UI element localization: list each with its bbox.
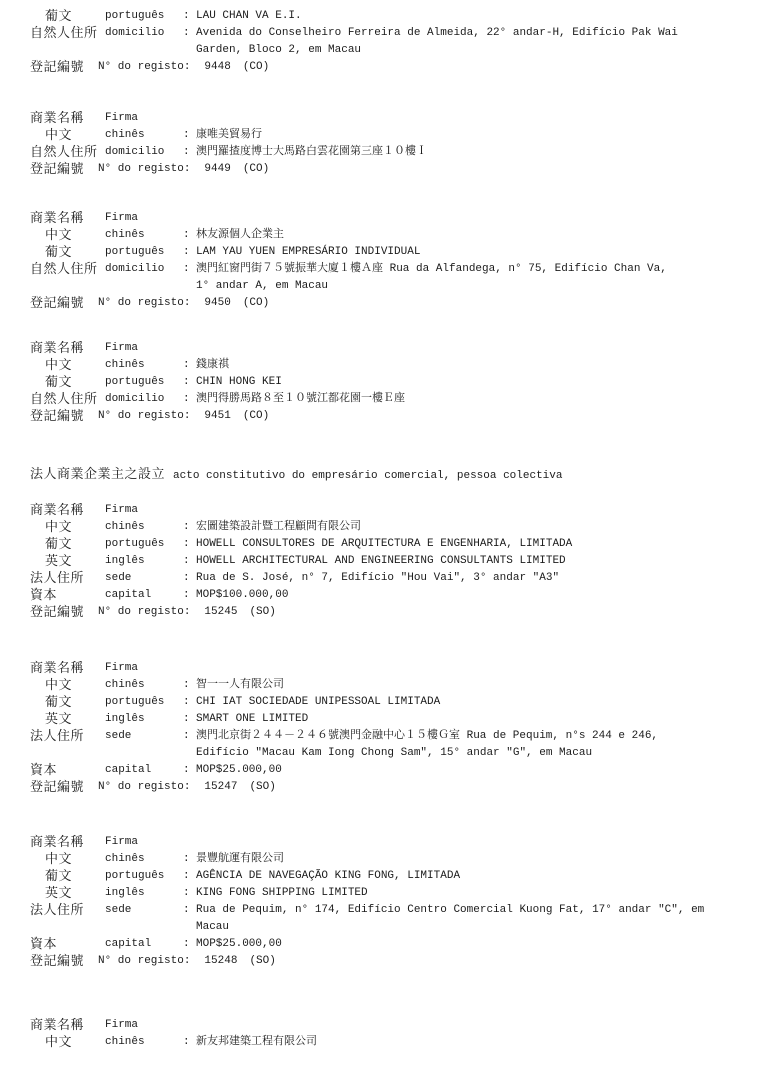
label-portuguese: Firma — [105, 1017, 183, 1034]
firma-title-row: 商業名稱Firma — [30, 834, 750, 851]
label-chinese: 商業名稱 — [30, 340, 105, 357]
label-chinese: 中文 — [30, 127, 105, 144]
field-value: 錢康祺 — [196, 357, 750, 374]
field-value: CHIN HONG KEI — [196, 374, 750, 391]
registry-number-row: 登記編號N° do registo:9449(CO) — [30, 161, 750, 178]
label-portuguese: Firma — [105, 340, 183, 357]
label-chinese: 中文 — [30, 851, 105, 868]
colon-separator: : — [183, 694, 196, 711]
label-chinese: 英文 — [30, 553, 105, 570]
colon-separator: : — [183, 570, 196, 587]
colon-separator: : — [183, 762, 196, 779]
field-row: 葡文português:LAM YAU YUEN EMPRESÁRIO INDI… — [30, 244, 750, 261]
label-portuguese: português — [105, 244, 183, 261]
field-row: 葡文português:AGÊNCIA DE NAVEGAÇÃO KING FO… — [30, 868, 750, 885]
field-value-line: AGÊNCIA DE NAVEGAÇÃO KING FONG, LIMITADA — [196, 868, 750, 885]
colon-separator: : — [183, 519, 196, 536]
field-value: CHI IAT SOCIEDADE UNIPESSOAL LIMITADA — [196, 694, 750, 711]
field-value-line: 林友源個人企業主 — [196, 227, 750, 244]
field-value-line: 景豐航運有限公司 — [196, 851, 750, 868]
field-value-line: 1° andar A, em Macau — [196, 278, 750, 295]
label-portuguese: português — [105, 8, 183, 25]
colon-separator: : — [183, 902, 196, 919]
field-value-line: CHI IAT SOCIEDADE UNIPESSOAL LIMITADA — [196, 694, 750, 711]
label-chinese: 商業名稱 — [30, 210, 105, 227]
field-row: 葡文português:LAU CHAN VA E.I. — [30, 8, 750, 25]
label-portuguese: Firma — [105, 660, 183, 677]
field-row: 法人住所sede:Rua de S. José, n° 7, Edifício … — [30, 570, 750, 587]
colon-separator: : — [183, 536, 196, 553]
section-heading: 法人商業企業主之設立acto constitutivo do empresári… — [30, 466, 750, 485]
field-value-line: HOWELL CONSULTORES DE ARQUITECTURA E ENG… — [196, 536, 750, 553]
label-portuguese: chinês — [105, 357, 183, 374]
field-row: 自然人住所domicilio:澳門得勝馬路８至１０號江都花園一樓Ｅ座 — [30, 391, 750, 408]
colon-separator: : — [183, 144, 196, 161]
field-value: LAM YAU YUEN EMPRESÁRIO INDIVIDUAL — [196, 244, 750, 261]
label-chinese: 中文 — [30, 519, 105, 536]
colon-separator: : — [183, 553, 196, 570]
registry-number: 9449 — [204, 161, 230, 178]
firma-title-row: 商業名稱Firma — [30, 210, 750, 227]
label-chinese: 葡文 — [30, 374, 105, 391]
label-chinese: 資本 — [30, 762, 105, 779]
field-value-line: 澳門羅揸度博士大馬路白雲花園第三座１０樓Ｉ — [196, 144, 750, 161]
label-portuguese: capital — [105, 762, 183, 779]
label-chinese: 葡文 — [30, 694, 105, 711]
registry-entry: 商業名稱Firma中文chinês:智一一人有限公司葡文português:CH… — [30, 660, 750, 796]
label-chinese: 自然人住所 — [30, 391, 105, 408]
firma-title-row: 商業名稱Firma — [30, 110, 750, 127]
field-value: KING FONG SHIPPING LIMITED — [196, 885, 750, 902]
label-portuguese: Firma — [105, 110, 183, 127]
registry-type-code: (CO) — [243, 59, 269, 76]
label-chinese: 商業名稱 — [30, 834, 105, 851]
field-value: 智一一人有限公司 — [196, 677, 750, 694]
label-portuguese: domicilio — [105, 391, 183, 408]
colon-separator: : — [183, 711, 196, 728]
firma-title-row: 商業名稱Firma — [30, 1017, 750, 1034]
registry-type-code: (CO) — [243, 161, 269, 178]
label-portuguese: português — [105, 868, 183, 885]
label-portuguese: capital — [105, 587, 183, 604]
label-chinese: 中文 — [30, 1034, 105, 1051]
field-value: SMART ONE LIMITED — [196, 711, 750, 728]
field-value-line: HOWELL ARCHITECTURAL AND ENGINEERING CON… — [196, 553, 750, 570]
registry-number-row: 登記編號N° do registo:9451(CO) — [30, 408, 750, 425]
field-row: 葡文português:CHI IAT SOCIEDADE UNIPESSOAL… — [30, 694, 750, 711]
label-portuguese: domicilio — [105, 25, 183, 42]
section-heading-zh: 法人商業企業主之設立 — [30, 467, 165, 482]
field-value: 澳門北京街２４４－２４６號澳門金融中心１５樓Ｇ室 Rua de Pequim, … — [196, 728, 750, 762]
field-value-line: 澳門得勝馬路８至１０號江都花園一樓Ｅ座 — [196, 391, 750, 408]
label-chinese: 中文 — [30, 227, 105, 244]
field-row: 自然人住所domicilio:澳門紅窗門街７５號振華大廈１樓Ａ座 Rua da … — [30, 261, 750, 295]
registry-entry: 商業名稱Firma中文chinês:景豐航運有限公司葡文português:AG… — [30, 834, 750, 970]
field-value-line: Rua de S. José, n° 7, Edifício "Hou Vai"… — [196, 570, 750, 587]
label-portuguese: N° do registo: — [98, 779, 190, 796]
colon-separator: : — [183, 261, 196, 278]
label-chinese: 登記編號 — [30, 779, 98, 796]
registry-type-code: (SO) — [249, 779, 275, 796]
label-chinese: 商業名稱 — [30, 502, 105, 519]
colon-separator: : — [183, 1034, 196, 1051]
registry-entry: 商業名稱Firma中文chinês:宏圖建築設計暨工程顧問有限公司葡文portu… — [30, 502, 750, 621]
registry-number-row: 登記編號N° do registo:9448(CO) — [30, 59, 750, 76]
registry-type-code: (CO) — [243, 295, 269, 312]
colon-separator: : — [183, 851, 196, 868]
label-chinese: 登記編號 — [30, 604, 98, 621]
label-portuguese: chinês — [105, 519, 183, 536]
label-chinese: 登記編號 — [30, 59, 98, 76]
label-chinese: 英文 — [30, 711, 105, 728]
field-value: 宏圖建築設計暨工程顧問有限公司 — [196, 519, 750, 536]
registry-number-row: 登記編號N° do registo:9450(CO) — [30, 295, 750, 312]
field-value: MOP$25.000,00 — [196, 936, 750, 953]
label-portuguese: português — [105, 694, 183, 711]
label-chinese: 登記編號 — [30, 295, 98, 312]
field-row: 英文inglês:SMART ONE LIMITED — [30, 711, 750, 728]
field-value: MOP$25.000,00 — [196, 762, 750, 779]
label-portuguese: N° do registo: — [98, 408, 190, 425]
field-value: 林友源個人企業主 — [196, 227, 750, 244]
registry-number-row: 登記編號N° do registo:15245(SO) — [30, 604, 750, 621]
label-chinese: 葡文 — [30, 244, 105, 261]
label-portuguese: domicilio — [105, 144, 183, 161]
field-value-line: 澳門紅窗門街７５號振華大廈１樓Ａ座 Rua da Alfandega, n° 7… — [196, 261, 750, 278]
field-value-line: 錢康祺 — [196, 357, 750, 374]
label-chinese: 登記編號 — [30, 408, 98, 425]
field-row: 自然人住所domicilio:澳門羅揸度博士大馬路白雲花園第三座１０樓Ｉ — [30, 144, 750, 161]
label-chinese: 法人住所 — [30, 570, 105, 587]
field-value: 新友邦建築工程有限公司 — [196, 1034, 750, 1051]
field-value: 康唯美貿易行 — [196, 127, 750, 144]
colon-separator: : — [183, 936, 196, 953]
field-value: 澳門紅窗門街７５號振華大廈１樓Ａ座 Rua da Alfandega, n° 7… — [196, 261, 750, 295]
colon-separator: : — [183, 885, 196, 902]
field-row: 中文chinês:宏圖建築設計暨工程顧問有限公司 — [30, 519, 750, 536]
label-portuguese: sede — [105, 728, 183, 745]
label-chinese: 自然人住所 — [30, 261, 105, 278]
colon-separator: : — [183, 374, 196, 391]
field-value-line: SMART ONE LIMITED — [196, 711, 750, 728]
label-chinese: 自然人住所 — [30, 144, 105, 161]
colon-separator: : — [183, 868, 196, 885]
field-value-line: Garden, Bloco 2, em Macau — [196, 42, 750, 59]
field-value-line: LAU CHAN VA E.I. — [196, 8, 750, 25]
field-value: 澳門得勝馬路８至１０號江都花園一樓Ｅ座 — [196, 391, 750, 408]
label-portuguese: chinês — [105, 1034, 183, 1051]
field-value-line: Avenida do Conselheiro Ferreira de Almei… — [196, 25, 750, 42]
firma-title-row: 商業名稱Firma — [30, 340, 750, 357]
field-value: HOWELL ARCHITECTURAL AND ENGINEERING CON… — [196, 553, 750, 570]
field-value: AGÊNCIA DE NAVEGAÇÃO KING FONG, LIMITADA — [196, 868, 750, 885]
registry-number-row: 登記編號N° do registo:15247(SO) — [30, 779, 750, 796]
field-value-line: MOP$25.000,00 — [196, 936, 750, 953]
registry-type-code: (SO) — [249, 953, 275, 970]
label-portuguese: N° do registo: — [98, 161, 190, 178]
field-row: 資本capital:MOP$25.000,00 — [30, 762, 750, 779]
field-row: 法人住所sede:Rua de Pequim, n° 174, Edifício… — [30, 902, 750, 936]
label-chinese: 商業名稱 — [30, 660, 105, 677]
registry-number: 9448 — [204, 59, 230, 76]
label-portuguese: sede — [105, 570, 183, 587]
colon-separator: : — [183, 227, 196, 244]
field-row: 資本capital:MOP$25.000,00 — [30, 936, 750, 953]
label-portuguese: N° do registo: — [98, 59, 190, 76]
field-value: HOWELL CONSULTORES DE ARQUITECTURA E ENG… — [196, 536, 750, 553]
colon-separator: : — [183, 127, 196, 144]
colon-separator: : — [183, 25, 196, 42]
field-row: 葡文português:HOWELL CONSULTORES DE ARQUIT… — [30, 536, 750, 553]
field-value: MOP$100.000,00 — [196, 587, 750, 604]
field-value-line: CHIN HONG KEI — [196, 374, 750, 391]
label-portuguese: domicilio — [105, 261, 183, 278]
label-chinese: 法人住所 — [30, 728, 105, 745]
colon-separator: : — [183, 587, 196, 604]
field-value: LAU CHAN VA E.I. — [196, 8, 750, 25]
field-value-line: Macau — [196, 919, 750, 936]
label-portuguese: Firma — [105, 834, 183, 851]
field-value-line: 康唯美貿易行 — [196, 127, 750, 144]
field-value-line: 澳門北京街２４４－２４６號澳門金融中心１５樓Ｇ室 Rua de Pequim, … — [196, 728, 750, 745]
field-value: 澳門羅揸度博士大馬路白雲花園第三座１０樓Ｉ — [196, 144, 750, 161]
label-chinese: 資本 — [30, 936, 105, 953]
field-row: 自然人住所domicilio:Avenida do Conselheiro Fe… — [30, 25, 750, 59]
label-chinese: 商業名稱 — [30, 1017, 105, 1034]
field-value-line: 宏圖建築設計暨工程顧問有限公司 — [196, 519, 750, 536]
registry-entry: 葡文português:LAU CHAN VA E.I.自然人住所domicil… — [30, 8, 750, 76]
label-portuguese: chinês — [105, 851, 183, 868]
registry-type-code: (SO) — [249, 604, 275, 621]
field-value: 景豐航運有限公司 — [196, 851, 750, 868]
colon-separator: : — [183, 244, 196, 261]
registry-number-row: 登記編號N° do registo:15248(SO) — [30, 953, 750, 970]
field-row: 資本capital:MOP$100.000,00 — [30, 587, 750, 604]
label-chinese: 葡文 — [30, 8, 105, 25]
label-chinese: 商業名稱 — [30, 110, 105, 127]
label-chinese: 資本 — [30, 587, 105, 604]
registry-number: 15247 — [204, 779, 237, 796]
label-portuguese: sede — [105, 902, 183, 919]
firma-title-row: 商業名稱Firma — [30, 502, 750, 519]
registry-entry: 商業名稱Firma中文chinês:康唯美貿易行自然人住所domicilio:澳… — [30, 110, 750, 178]
registry-number: 15245 — [204, 604, 237, 621]
field-row: 英文inglês:HOWELL ARCHITECTURAL AND ENGINE… — [30, 553, 750, 570]
field-value-line: Rua de Pequim, n° 174, Edifício Centro C… — [196, 902, 750, 919]
field-value-line: 新友邦建築工程有限公司 — [196, 1034, 750, 1051]
label-portuguese: inglês — [105, 553, 183, 570]
field-value-line: LAM YAU YUEN EMPRESÁRIO INDIVIDUAL — [196, 244, 750, 261]
label-chinese: 葡文 — [30, 868, 105, 885]
colon-separator: : — [183, 357, 196, 374]
label-portuguese: N° do registo: — [98, 953, 190, 970]
field-row: 中文chinês:景豐航運有限公司 — [30, 851, 750, 868]
label-portuguese: Firma — [105, 502, 183, 519]
gazette-page: 葡文português:LAU CHAN VA E.I.自然人住所domicil… — [0, 0, 762, 1088]
label-portuguese: inglês — [105, 885, 183, 902]
colon-separator: : — [183, 8, 196, 25]
field-row: 法人住所sede:澳門北京街２４４－２４６號澳門金融中心１５樓Ｇ室 Rua de… — [30, 728, 750, 762]
field-row: 中文chinês:智一一人有限公司 — [30, 677, 750, 694]
field-row: 英文inglês:KING FONG SHIPPING LIMITED — [30, 885, 750, 902]
field-row: 中文chinês:新友邦建築工程有限公司 — [30, 1034, 750, 1051]
field-value: Rua de S. José, n° 7, Edifício "Hou Vai"… — [196, 570, 750, 587]
label-portuguese: português — [105, 374, 183, 391]
field-value-line: 智一一人有限公司 — [196, 677, 750, 694]
label-chinese: 中文 — [30, 677, 105, 694]
registry-number: 9450 — [204, 295, 230, 312]
label-portuguese: português — [105, 536, 183, 553]
colon-separator: : — [183, 728, 196, 745]
firma-title-row: 商業名稱Firma — [30, 660, 750, 677]
field-row: 葡文português:CHIN HONG KEI — [30, 374, 750, 391]
field-row: 中文chinês:林友源個人企業主 — [30, 227, 750, 244]
label-chinese: 登記編號 — [30, 953, 98, 970]
registry-entry: 商業名稱Firma中文chinês:林友源個人企業主葡文português:LA… — [30, 210, 750, 312]
label-chinese: 中文 — [30, 357, 105, 374]
field-value-line: MOP$100.000,00 — [196, 587, 750, 604]
registry-number: 9451 — [204, 408, 230, 425]
label-chinese: 法人住所 — [30, 902, 105, 919]
colon-separator: : — [183, 391, 196, 408]
field-value-line: MOP$25.000,00 — [196, 762, 750, 779]
section-heading-pt: acto constitutivo do empresário comercia… — [173, 470, 562, 482]
label-portuguese: chinês — [105, 677, 183, 694]
label-portuguese: inglês — [105, 711, 183, 728]
label-chinese: 英文 — [30, 885, 105, 902]
label-chinese: 自然人住所 — [30, 25, 105, 42]
registry-type-code: (CO) — [243, 408, 269, 425]
registry-entry: 商業名稱Firma中文chinês:新友邦建築工程有限公司 — [30, 1017, 750, 1051]
field-value-line: KING FONG SHIPPING LIMITED — [196, 885, 750, 902]
registry-number: 15248 — [204, 953, 237, 970]
field-value: Rua de Pequim, n° 174, Edifício Centro C… — [196, 902, 750, 936]
label-chinese: 葡文 — [30, 536, 105, 553]
field-row: 中文chinês:康唯美貿易行 — [30, 127, 750, 144]
label-portuguese: capital — [105, 936, 183, 953]
label-portuguese: N° do registo: — [98, 295, 190, 312]
field-row: 中文chinês:錢康祺 — [30, 357, 750, 374]
label-portuguese: N° do registo: — [98, 604, 190, 621]
label-portuguese: Firma — [105, 210, 183, 227]
label-portuguese: chinês — [105, 227, 183, 244]
field-value: Avenida do Conselheiro Ferreira de Almei… — [196, 25, 750, 59]
registry-entry: 商業名稱Firma中文chinês:錢康祺葡文português:CHIN HO… — [30, 340, 750, 425]
field-value-line: Edifício "Macau Kam Iong Chong Sam", 15°… — [196, 745, 750, 762]
label-chinese: 登記編號 — [30, 161, 98, 178]
colon-separator: : — [183, 677, 196, 694]
label-portuguese: chinês — [105, 127, 183, 144]
